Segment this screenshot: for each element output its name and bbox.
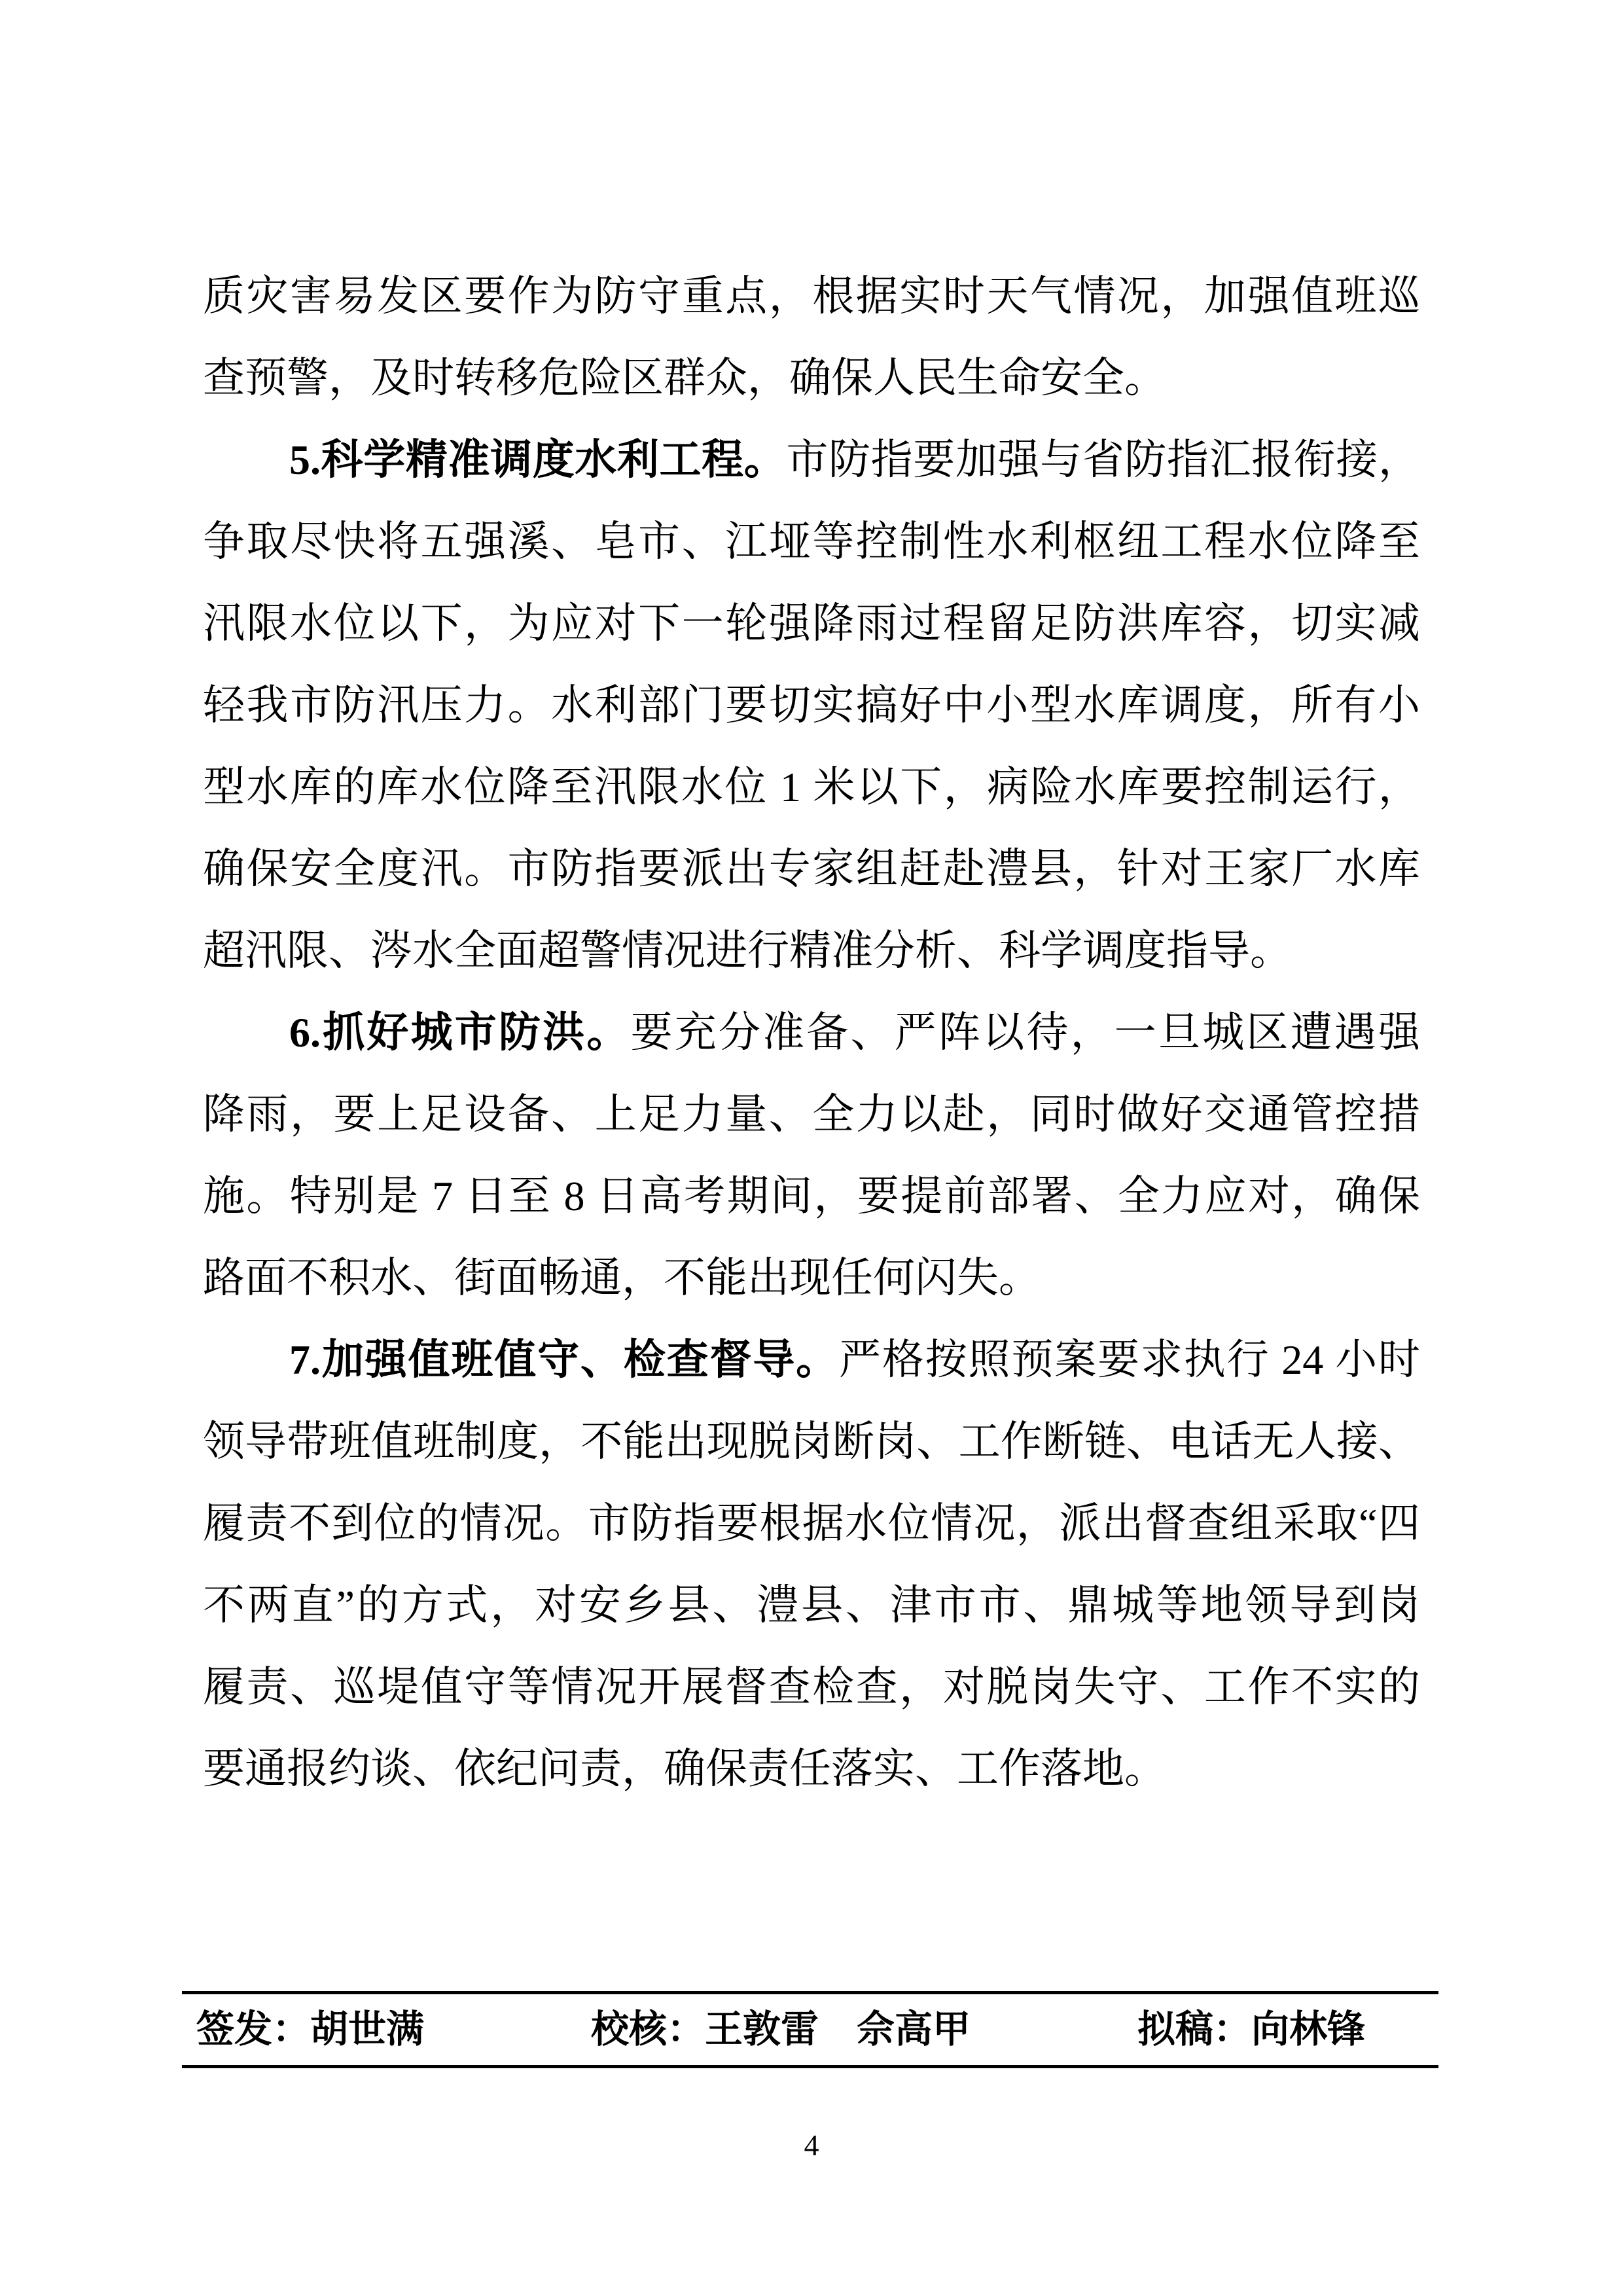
text-line: 施。特别是 7 日至 8 日高考期间，要提前部署、全力应对，确保 (203, 1155, 1420, 1237)
body-text-segment: 轻我市防汛压力。水利部门要切实搞好中小型水库调度，所有小 (203, 682, 1420, 728)
body-text-segment: 要充分准备、严阵以待，一旦城区遭遇强 (631, 1009, 1420, 1056)
body-text-segment: 领导带班值班制度，不能出现脱岗断岗、工作断链、电话无人接、 (203, 1418, 1420, 1465)
text-line: 7.加强值班值守、检查督导。严格按照预案要求执行 24 小时 (203, 1319, 1420, 1401)
text-line: 质灾害易发区要作为防守重点，根据实时天气情况，加强值班巡 (203, 255, 1420, 337)
body-text-segment: 争取尽快将五强溪、皂市、江垭等控制性水利枢纽工程水位降至 (203, 518, 1420, 565)
body-text-segment: 不两直”的方式，对安乡县、澧县、津市市、鼎城等地领导到岗 (203, 1582, 1420, 1628)
text-line: 型水库的库水位降至汛限水位 1 米以下，病险水库要控制运行， (203, 746, 1420, 828)
body-text-segment: 严格按照预案要求执行 24 小时 (839, 1336, 1420, 1383)
body-text-segment: 确保安全度汛。市防指要派出专家组赶赴澧县，针对王家厂水库 (203, 846, 1420, 892)
text-line: 要通报约谈、依纪问责，确保责任落实、工作落地。 (203, 1728, 1420, 1810)
body-text-segment: 市防指要加强与省防指汇报衔接， (786, 437, 1420, 483)
body-text-segment: 型水库的库水位降至汛限水位 1 米以下，病险水库要控制运行， (203, 764, 1420, 810)
text-line: 轻我市防汛压力。水利部门要切实搞好中小型水库调度，所有小 (203, 664, 1420, 746)
text-line: 确保安全度汛。市防指要派出专家组赶赴澧县，针对王家厂水库 (203, 828, 1420, 910)
text-line: 6.抓好城市防洪。要充分准备、严阵以待，一旦城区遭遇强 (203, 992, 1420, 1073)
body-text-segment: 要通报约谈、依纪问责，确保责任落实、工作落地。 (203, 1746, 1166, 1792)
section-heading: 5.科学精准调度水利工程。 (289, 437, 786, 483)
document-body: 质灾害易发区要作为防守重点，根据实时天气情况，加强值班巡查预警，及时转移危险区群… (203, 255, 1420, 1810)
body-text-segment: 降雨，要上足设备、上足力量、全力以赴，同时做好交通管控措 (203, 1091, 1420, 1138)
body-text-segment: 查预警，及时转移危险区群众，确保人民生命安全。 (203, 355, 1166, 401)
proofreader-names: 校核：王敦雷 佘高甲 (591, 1994, 971, 2065)
body-text-segment: 施。特别是 7 日至 8 日高考期间，要提前部署、全力应对，确保 (203, 1173, 1420, 1219)
text-line: 领导带班值班制度，不能出现脱岗断岗、工作断链、电话无人接、 (203, 1401, 1420, 1482)
body-text-segment: 履责不到位的情况。市防指要根据水位情况，派出督查组采取“四 (203, 1500, 1420, 1547)
body-text-segment: 路面不积水、街面畅通，不能出现任何闪失。 (203, 1255, 1041, 1301)
section-heading: 6.抓好城市防洪。 (289, 1009, 631, 1056)
text-line: 不两直”的方式，对安乡县、澧县、津市市、鼎城等地领导到岗 (203, 1564, 1420, 1646)
text-line: 履责不到位的情况。市防指要根据水位情况，派出督查组采取“四 (203, 1482, 1420, 1564)
body-text-segment: 履责、巡堤值守等情况开展督查检查，对脱岗失守、工作不实的 (203, 1664, 1420, 1710)
text-line: 查预警，及时转移危险区群众，确保人民生命安全。 (203, 337, 1420, 419)
text-line: 争取尽快将五强溪、皂市、江垭等控制性水利枢纽工程水位降至 (203, 501, 1420, 583)
text-line: 履责、巡堤值守等情况开展督查检查，对脱岗失守、工作不实的 (203, 1646, 1420, 1728)
text-line: 降雨，要上足设备、上足力量、全力以赴，同时做好交通管控措 (203, 1073, 1420, 1155)
body-text-segment: 汛限水位以下，为应对下一轮强降雨过程留足防洪库容，切实减 (203, 600, 1420, 647)
page-number: 4 (0, 2126, 1623, 2165)
section-heading: 7.加强值班值守、检查督导。 (289, 1336, 839, 1383)
text-line: 路面不积水、街面畅通，不能出现任何闪失。 (203, 1237, 1420, 1319)
drafter-name: 拟稿：向林锋 (1137, 1994, 1365, 2065)
signature-block: 签发：胡世满 校核：王敦雷 佘高甲 拟稿：向林锋 (182, 1991, 1438, 2068)
text-line: 5.科学精准调度水利工程。市防指要加强与省防指汇报衔接， (203, 419, 1420, 501)
document-page: 质灾害易发区要作为防守重点，根据实时天气情况，加强值班巡查预警，及时转移危险区群… (0, 0, 1623, 2296)
text-line: 汛限水位以下，为应对下一轮强降雨过程留足防洪库容，切实减 (203, 583, 1420, 664)
body-text-segment: 质灾害易发区要作为防守重点，根据实时天气情况，加强值班巡 (203, 273, 1420, 319)
body-text-segment: 超汛限、涔水全面超警情况进行精准分析、科学调度指导。 (203, 927, 1292, 974)
text-line: 超汛限、涔水全面超警情况进行精准分析、科学调度指导。 (203, 910, 1420, 992)
signature-row: 签发：胡世满 校核：王敦雷 佘高甲 拟稿：向林锋 (182, 1994, 1438, 2065)
issuer-name: 签发：胡世满 (196, 1994, 424, 2065)
